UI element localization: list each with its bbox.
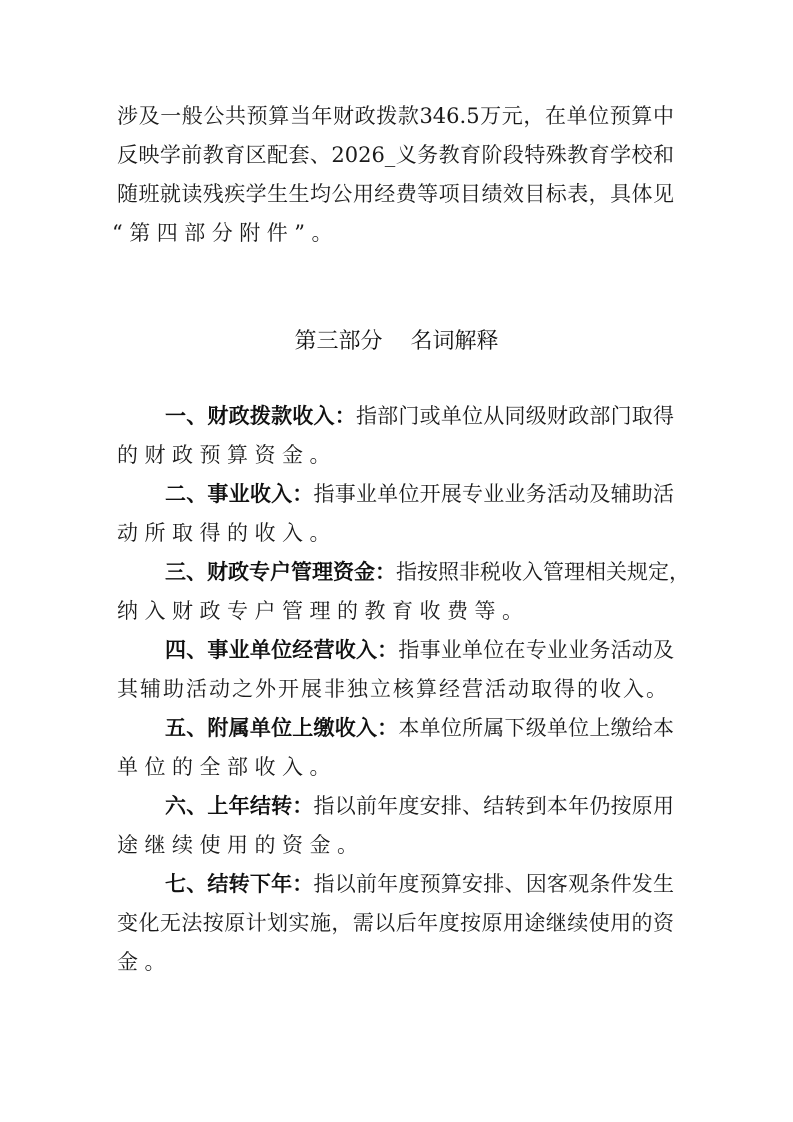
definition-7-term: 七、结转下年： bbox=[165, 872, 314, 896]
definition-7-continuation-1: 变化无法按原计划实施，需以后年度按原用途继续使用的资 bbox=[117, 909, 674, 937]
intro-line-1: 涉及一般公共预算当年财政拨款346.5万元，在单位预算中 bbox=[117, 102, 674, 130]
definition-3-continuation: 纳入财政专户管理的教育收费等。 bbox=[117, 597, 674, 625]
definition-3-term: 三、财政专户管理资金： bbox=[165, 560, 396, 584]
definition-5-continuation: 单位的全部收入。 bbox=[117, 753, 674, 781]
intro-line-4: “第四部分附件”。 bbox=[112, 219, 669, 247]
intro-line-3: 随班就读残疾学生生均公用经费等项目绩效目标表，具体见 bbox=[117, 180, 674, 208]
definition-6-continuation: 途继续使用的资金。 bbox=[117, 831, 674, 859]
section-title: 第三部分 名词解释 bbox=[0, 327, 793, 357]
definition-2-first-line: 二、事业收入：指事业单位开展专业业务活动及辅助活 bbox=[117, 480, 674, 508]
definition-1-continuation: 的财政预算资金。 bbox=[117, 441, 674, 469]
definition-1-term: 一、财政拨款收入： bbox=[165, 404, 356, 428]
definition-4-continuation: 其辅助活动之外开展非独立核算经营活动取得的收入。 bbox=[117, 675, 667, 703]
document-page: 涉及一般公共预算当年财政拨款346.5万元，在单位预算中 反映学前教育区配套、2… bbox=[0, 0, 793, 1122]
definition-1-first-line: 一、财政拨款收入：指部门或单位从同级财政部门取得 bbox=[117, 402, 674, 430]
definition-6-text: 指以前年度安排、结转到本年仍按原用 bbox=[314, 794, 674, 818]
definition-4-first-line: 四、事业单位经营收入：指事业单位在专业业务活动及 bbox=[117, 636, 674, 664]
definition-7-continuation-2: 金。 bbox=[117, 948, 674, 976]
definition-5-term: 五、附属单位上缴收入： bbox=[165, 716, 398, 740]
definition-2-term: 二、事业收入： bbox=[165, 482, 314, 506]
definition-1-text: 指部门或单位从同级财政部门取得 bbox=[356, 404, 674, 428]
definition-4-text: 指事业单位在专业业务活动及 bbox=[398, 638, 674, 662]
definition-5-text: 本单位所属下级单位上缴给本 bbox=[398, 716, 674, 740]
definition-6-first-line: 六、上年结转：指以前年度安排、结转到本年仍按原用 bbox=[117, 792, 674, 820]
definition-7-first-line: 七、结转下年：指以前年度预算安排、因客观条件发生 bbox=[117, 870, 674, 898]
definition-3-first-line: 三、财政专户管理资金：指按照非税收入管理相关规定， bbox=[117, 558, 674, 586]
definition-7-text: 指以前年度预算安排、因客观条件发生 bbox=[314, 872, 674, 896]
definition-5-first-line: 五、附属单位上缴收入：本单位所属下级单位上缴给本 bbox=[117, 714, 674, 742]
definition-4-term: 四、事业单位经营收入： bbox=[165, 638, 398, 662]
definition-6-term: 六、上年结转： bbox=[165, 794, 314, 818]
definition-2-continuation: 动所取得的收入。 bbox=[117, 519, 674, 547]
definition-2-text: 指事业单位开展专业业务活动及辅助活 bbox=[314, 482, 674, 506]
definition-3-text: 指按照非税收入管理相关规定， bbox=[396, 560, 690, 584]
intro-line-2: 反映学前教育区配套、2026_义务教育阶段特殊教育学校和 bbox=[117, 141, 674, 169]
